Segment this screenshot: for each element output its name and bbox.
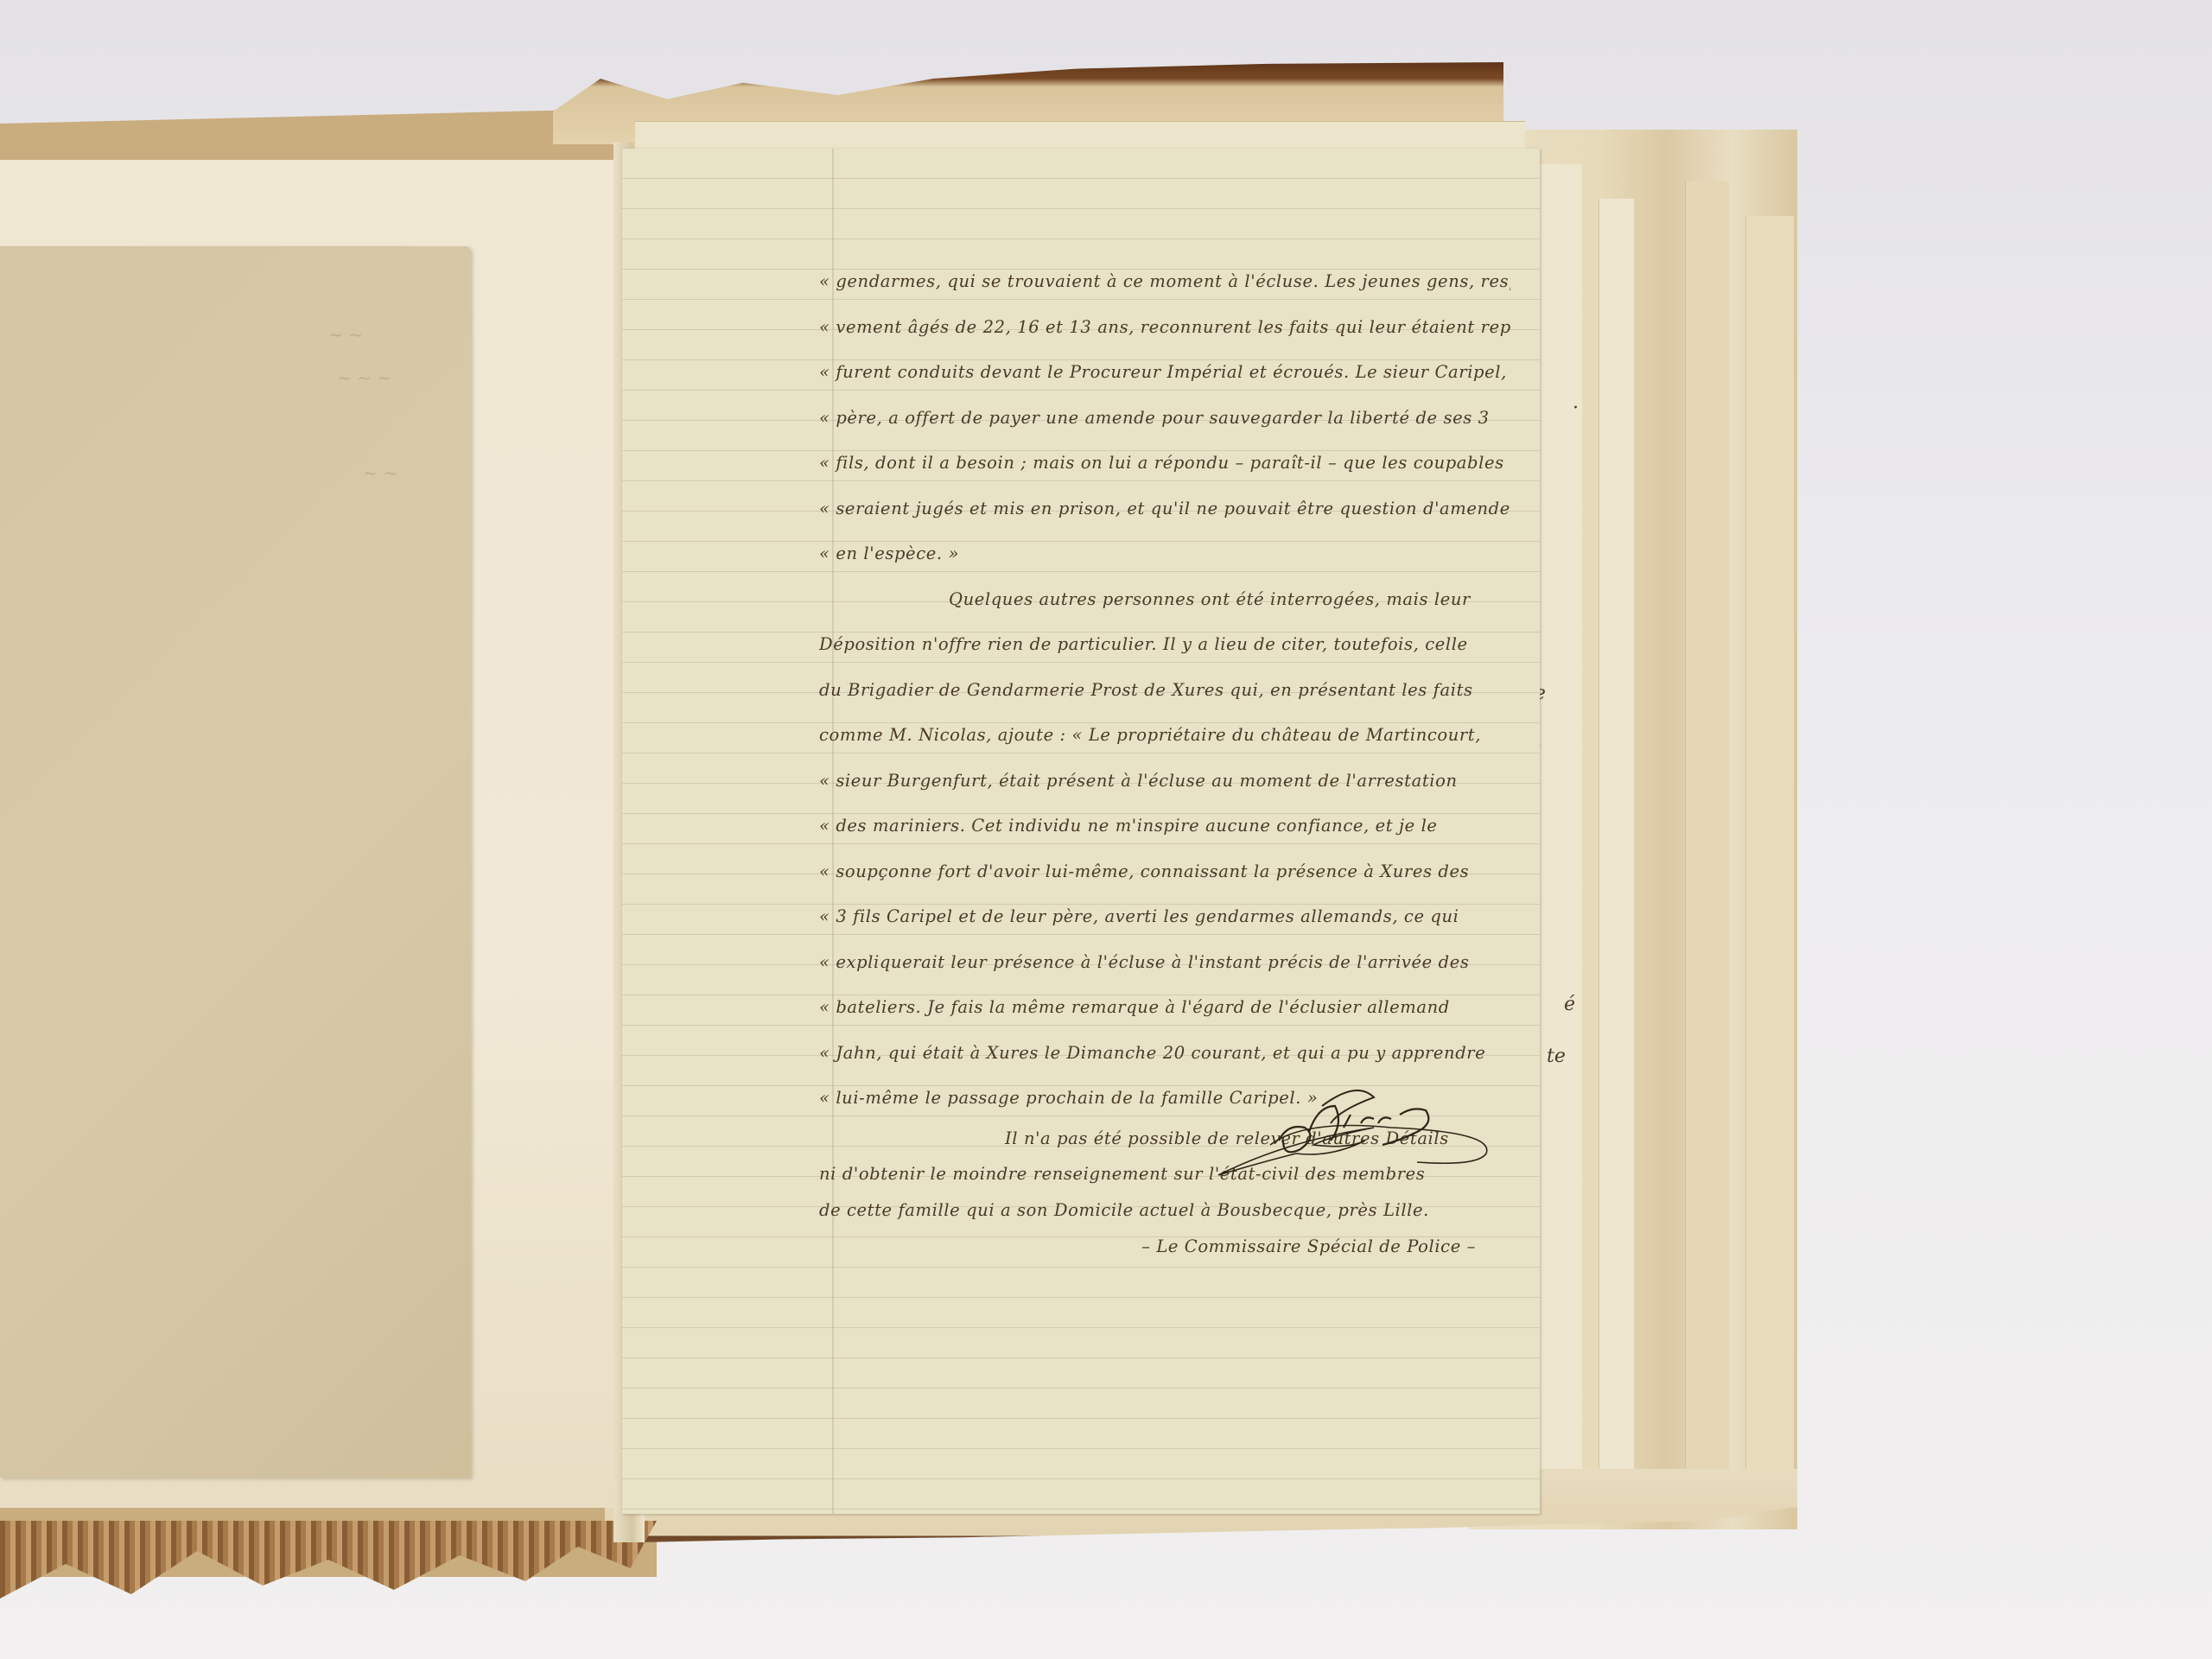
bleed-through-mark: ~ ~ xyxy=(363,462,397,483)
stack-fragment-text: te xyxy=(1547,1046,1566,1067)
signature-flourish xyxy=(1192,1080,1538,1184)
report-line: « en l'espèce. » xyxy=(819,531,1510,577)
loose-sheet-edge xyxy=(1685,181,1729,1503)
report-line: « Jahn, qui était à Xures le Dimanche 20… xyxy=(819,1031,1510,1077)
report-line: « fils, dont il a besoin ; mais on lui a… xyxy=(819,441,1510,486)
report-closing: – Le Commissaire Spécial de Police – xyxy=(819,1229,1510,1265)
report-line: « 3 fils Caripel et de leur père, averti… xyxy=(819,894,1510,940)
report-line: « soupçonne fort d'avoir lui-même, conna… xyxy=(819,849,1510,895)
report-line: « père, a offert de payer une amende pou… xyxy=(819,396,1510,442)
report-line: « des mariniers. Cet individu ne m'inspi… xyxy=(819,804,1510,849)
report-line: Déposition n'offre rien de particulier. … xyxy=(819,622,1510,668)
report-line: « furent conduits devant le Procureur Im… xyxy=(819,350,1510,396)
report-line: Quelques autres personnes ont été interr… xyxy=(819,577,1510,623)
loose-sheet-edge xyxy=(1745,216,1794,1495)
report-line: « seraient jugés et mis en prison, et qu… xyxy=(819,486,1510,532)
report-line: « expliquerait leur présence à l'écluse … xyxy=(819,940,1510,986)
bleed-through-mark: ~ ~ ~ xyxy=(337,367,391,388)
report-line: comme M. Nicolas, ajoute : « Le propriét… xyxy=(819,713,1510,759)
loose-sheet-edge xyxy=(1599,199,1634,1512)
stack-fragment-text: é xyxy=(1564,994,1575,1015)
stack-fragment-text: · xyxy=(1573,397,1579,419)
report-line: « sieur Burgenfurt, était présent à l'éc… xyxy=(819,759,1510,804)
report-line: du Brigadier de Gendarmerie Prost de Xur… xyxy=(819,668,1510,714)
report-line: « vement âgés de 22, 16 et 13 ans, recon… xyxy=(819,305,1510,351)
left-page: ~ ~ ~ ~ ~ ~ ~ xyxy=(0,246,471,1478)
bleed-through-mark: ~ ~ xyxy=(328,324,363,345)
report-line: « bateliers. Je fais la même remarque à … xyxy=(819,985,1510,1031)
report-line: « gendarmes, qui se trouvaient à ce mome… xyxy=(819,259,1510,305)
report-line: de cette famille qui a son Domicile actu… xyxy=(819,1192,1510,1229)
